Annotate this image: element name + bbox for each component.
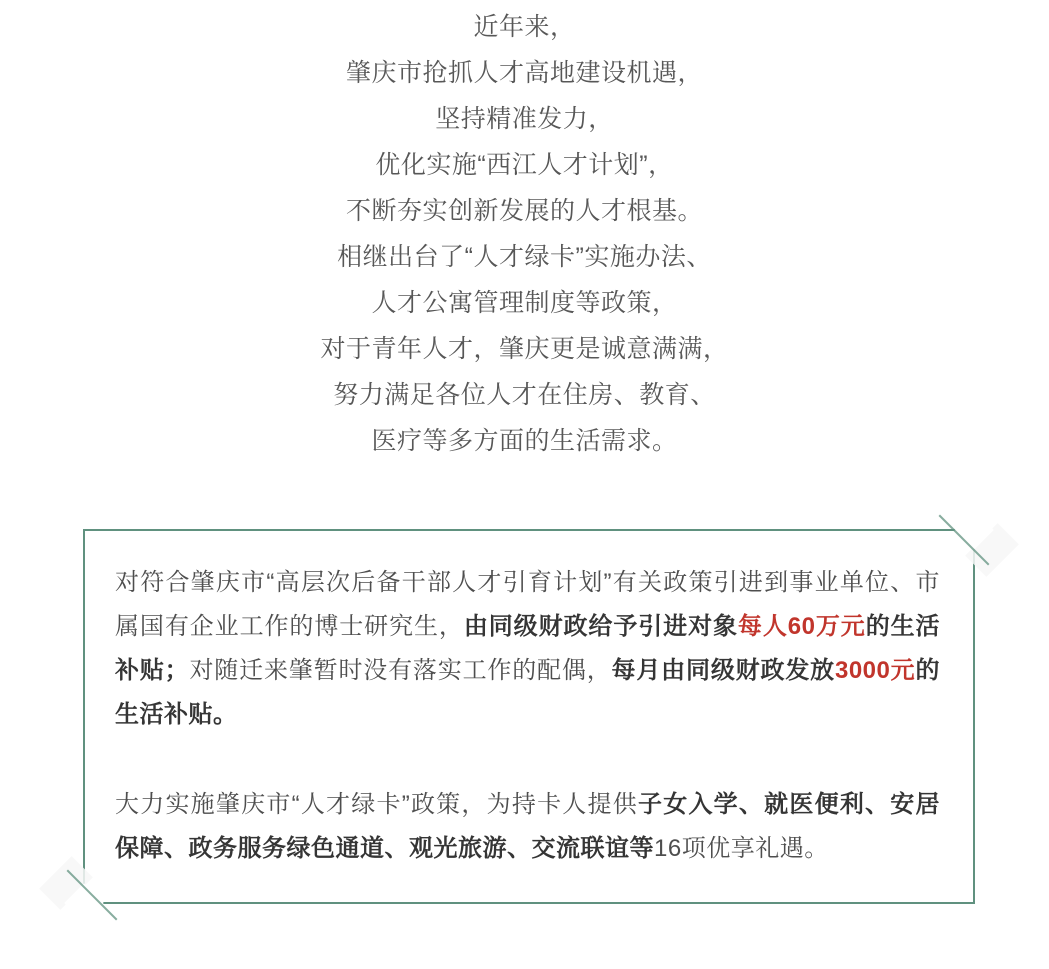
policy-p1-bold-monthly-text: 每月由同级财政发放 [612, 657, 835, 684]
policy-p2-closing-text: 16项优享礼遇。 [654, 835, 829, 862]
intro-text-block: 近年来， 肇庆市抢抓人才高地建设机遇， 坚持精准发力， 优化实施“西江人才计划”… [0, 4, 1049, 464]
policy-paragraph-green-card: 大力实施肇庆市“人才绿卡”政策，为持卡人提供子女入学、就医便利、安居保障、政务服… [115, 783, 940, 871]
intro-line-2: 肇庆市抢抓人才高地建设机遇， [0, 50, 1049, 96]
policy-p1-amount-600k: 每人60万元 [738, 613, 866, 640]
policy-p1-spouse-text: 对随迁来肇暂时没有落实工作的配偶， [189, 657, 611, 684]
policy-paragraph-doctor-subsidy: 对符合肇庆市“高层次后备干部人才引育计划”有关政策引进到事业单位、市属国有企业工… [115, 561, 940, 737]
policy-highlight-box: 对符合肇庆市“高层次后备干部人才引育计划”有关政策引进到事业单位、市属国有企业工… [83, 529, 975, 904]
intro-line-10: 医疗等多方面的生活需求。 [0, 418, 1049, 464]
intro-line-3: 坚持精准发力， [0, 96, 1049, 142]
intro-line-1: 近年来， [0, 4, 1049, 50]
article-page: 近年来， 肇庆市抢抓人才高地建设机遇， 坚持精准发力， 优化实施“西江人才计划”… [0, 0, 1049, 969]
intro-line-5: 不断夯实创新发展的人才根基。 [0, 188, 1049, 234]
policy-p1-amount-3000: 3000元 [835, 657, 916, 684]
policy-p1-bold-finance-text: 由同级财政给予引进对象 [464, 613, 738, 640]
policy-p2-intro-text: 大力实施肇庆市“人才绿卡”政策，为持卡人提供 [115, 791, 638, 818]
intro-line-7: 人才公寓管理制度等政策， [0, 280, 1049, 326]
intro-line-9: 努力满足各位人才在住房、教育、 [0, 372, 1049, 418]
intro-line-6: 相继出台了“人才绿卡”实施办法、 [0, 234, 1049, 280]
intro-line-8: 对于青年人才，肇庆更是诚意满满， [0, 326, 1049, 372]
intro-line-4: 优化实施“西江人才计划”， [0, 142, 1049, 188]
